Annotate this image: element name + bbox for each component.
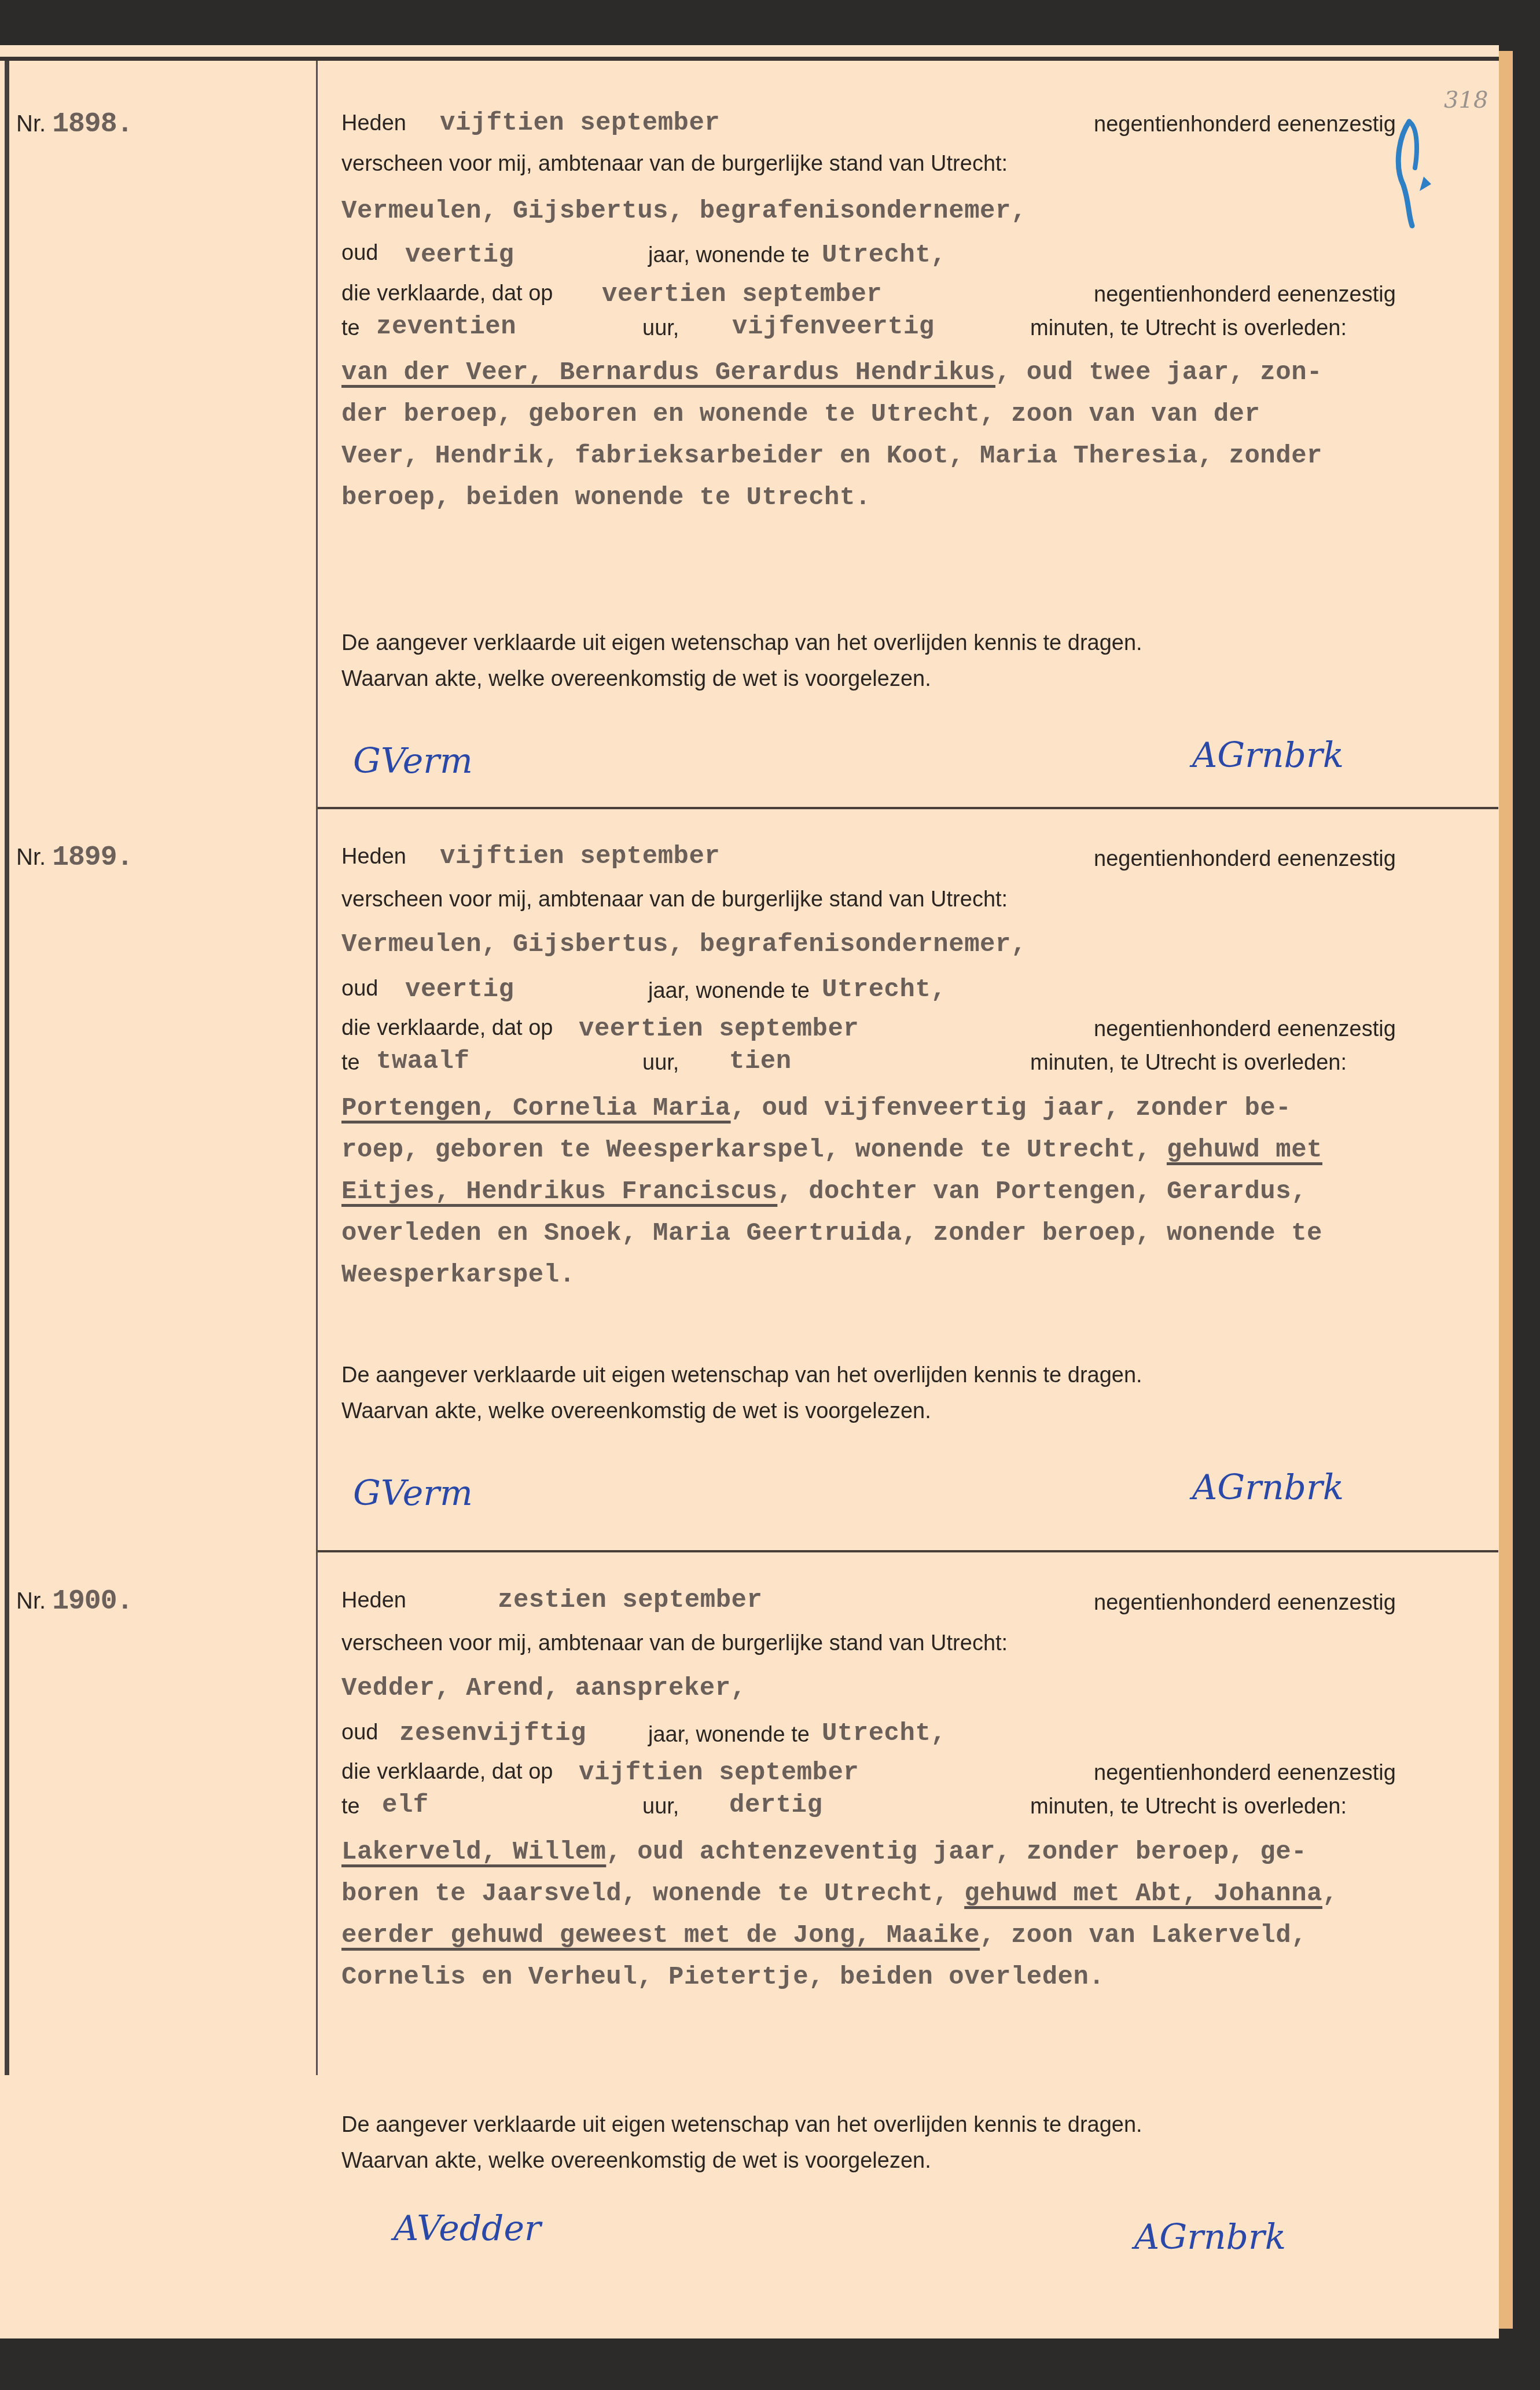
underlined-name: Portengen, Cornelia Maria: [341, 1094, 731, 1123]
declarant: Vermeulen, Gijsbertus, begrafenisonderne…: [341, 197, 1027, 226]
column-divider: [316, 61, 318, 2075]
death-year: negentienhonderd eenenzestig: [1094, 1761, 1396, 1786]
record-number: Nr. 1898.: [16, 109, 133, 140]
official-signature: AGrnbrk: [1192, 1467, 1344, 1508]
minutes-label: minuten, te Utrecht is overleden:: [1030, 316, 1347, 341]
declarant-signature: GVerm: [353, 1473, 473, 1514]
blue-crayon-mark-icon: [1392, 116, 1438, 232]
oud-label: oud: [341, 976, 378, 1001]
deceased-line: Eitjes, Hendrikus Franciscus, dochter va…: [341, 1171, 1476, 1213]
text-segment: , zoon van Lakerveld,: [980, 1921, 1307, 1950]
minutes-label: minuten, te Utrecht is overleden:: [1030, 1794, 1347, 1819]
death-date: veertien september: [602, 280, 882, 309]
pencil-page-note: 318: [1444, 87, 1488, 113]
text-segment: Veer, Hendrik, fabrieksarbeider en Koot,…: [341, 442, 1322, 471]
closing-reading: Waarvan akte, welke overeenkomstig de we…: [341, 667, 931, 692]
death-year: negentienhonderd eenenzestig: [1094, 282, 1396, 307]
text-segment: overleden en Snoek, Maria Geertruida, zo…: [341, 1219, 1322, 1248]
nr-value: 1900.: [52, 1586, 133, 1617]
record-divider: [318, 807, 1498, 809]
death-minutes: dertig: [729, 1791, 822, 1820]
jaar-wonende-label: jaar, wonende te: [648, 243, 810, 268]
text-segment: , oud achtenzeventig jaar, zonder beroep…: [606, 1838, 1307, 1867]
oud-label: oud: [341, 1720, 378, 1745]
death-hour: zeventien: [376, 313, 516, 342]
closing-reading: Waarvan akte, welke overeenkomstig de we…: [341, 2149, 931, 2174]
nr-value: 1899.: [52, 842, 133, 873]
death-date: veertien september: [579, 1015, 859, 1044]
registration-year: negentienhonderd eenenzestig: [1094, 112, 1396, 137]
registration-date: vijftien september: [440, 109, 720, 138]
heden-label: Heden: [341, 1588, 406, 1613]
closing-statement: De aangever verklaarde uit eigen wetensc…: [341, 2113, 1142, 2138]
text-segment: Weesperkarspel.: [341, 1261, 575, 1290]
underlined-name: Lakerveld, Willem: [341, 1838, 606, 1867]
minutes-label: minuten, te Utrecht is overleden:: [1030, 1051, 1347, 1075]
death-year: negentienhonderd eenenzestig: [1094, 1017, 1396, 1042]
text-segment: ,: [1322, 1879, 1338, 1908]
official-signature: AGrnbrk: [1134, 2217, 1286, 2257]
uur-label: uur,: [642, 316, 679, 341]
underlined-name: van der Veer, Bernardus Gerardus Hendrik…: [341, 358, 995, 387]
text-segment: beroep, beiden wonende te Utrecht.: [341, 483, 871, 512]
declarant-age: veertig: [405, 241, 514, 270]
deceased-line: der beroep, geboren en wonende te Utrech…: [341, 394, 1476, 435]
left-margin-rule: [5, 61, 9, 2075]
declared-label: die verklaarde, dat op: [341, 1016, 553, 1041]
text-segment: , oud twee jaar, zon-: [995, 358, 1322, 387]
record-number: Nr. 1900.: [16, 1586, 133, 1617]
text-segment: boren te Jaarsveld, wonende te Utrecht,: [341, 1879, 964, 1908]
death-date: vijftien september: [579, 1758, 859, 1787]
jaar-wonende-label: jaar, wonende te: [648, 1723, 810, 1747]
underlined-name: Eitjes, Hendrikus Franciscus: [341, 1177, 777, 1206]
deceased-line: boren te Jaarsveld, wonende te Utrecht, …: [341, 1873, 1476, 1915]
uur-label: uur,: [642, 1051, 679, 1075]
deceased-details: Portengen, Cornelia Maria, oud vijfenvee…: [341, 1088, 1476, 1296]
appeared-line: verscheen voor mij, ambtenaar van de bur…: [341, 1631, 1008, 1656]
registration-date: zestien september: [498, 1586, 762, 1615]
death-minutes: vijfenveertig: [732, 313, 935, 342]
underlined-name: gehuwd met: [1167, 1136, 1322, 1165]
declarant-residence: Utrecht,: [822, 975, 946, 1004]
jaar-wonende-label: jaar, wonende te: [648, 979, 810, 1004]
declarant-age: veertig: [405, 975, 514, 1004]
deceased-line: Lakerveld, Willem, oud achtenzeventig ja…: [341, 1831, 1476, 1873]
text-segment: roep, geboren te Weesperkarspel, wonende…: [341, 1136, 1167, 1165]
declarant-residence: Utrecht,: [822, 1719, 946, 1748]
declarant-signature: AVedder: [394, 2208, 541, 2249]
declared-label: die verklaarde, dat op: [341, 281, 553, 306]
declarant: Vedder, Arend, aanspreker,: [341, 1674, 747, 1703]
declarant-age: zesenvijftig: [399, 1719, 586, 1748]
heden-label: Heden: [341, 111, 406, 136]
deceased-line: Veer, Hendrik, fabrieksarbeider en Koot,…: [341, 435, 1476, 477]
text-segment: , oud vijfenveertig jaar, zonder be-: [731, 1094, 1292, 1123]
closing-statement: De aangever verklaarde uit eigen wetensc…: [341, 1363, 1142, 1388]
nr-label: Nr.: [16, 845, 46, 870]
oud-label: oud: [341, 241, 378, 266]
deceased-line: beroep, beiden wonende te Utrecht.: [341, 477, 1476, 519]
text-segment: , dochter van Portengen, Gerardus,: [777, 1177, 1307, 1206]
appeared-line: verscheen voor mij, ambtenaar van de bur…: [341, 887, 1008, 912]
deceased-line: eerder gehuwd geweest met de Jong, Maaik…: [341, 1915, 1476, 1956]
declared-label: die verklaarde, dat op: [341, 1760, 553, 1785]
heden-label: Heden: [341, 845, 406, 869]
registration-year: negentienhonderd eenenzestig: [1094, 847, 1396, 872]
death-minutes: tien: [729, 1047, 792, 1076]
closing-reading: Waarvan akte, welke overeenkomstig de we…: [341, 1399, 931, 1424]
nr-label: Nr.: [16, 1588, 46, 1614]
appeared-line: verscheen voor mij, ambtenaar van de bur…: [341, 152, 1008, 177]
deceased-line: Weesperkarspel.: [341, 1254, 1476, 1296]
te-label: te: [341, 1051, 360, 1075]
deceased-details: van der Veer, Bernardus Gerardus Hendrik…: [341, 352, 1476, 519]
underlined-name: gehuwd met Abt, Johanna: [964, 1879, 1322, 1908]
page-edge: [1499, 51, 1513, 2329]
deceased-line: Portengen, Cornelia Maria, oud vijfenvee…: [341, 1088, 1476, 1129]
uur-label: uur,: [642, 1794, 679, 1819]
deceased-line: Cornelis en Verheul, Pietertje, beiden o…: [341, 1956, 1476, 1998]
nr-label: Nr.: [16, 111, 46, 137]
nr-value: 1898.: [52, 109, 133, 140]
deceased-line: roep, geboren te Weesperkarspel, wonende…: [341, 1129, 1476, 1171]
record-number: Nr. 1899.: [16, 842, 133, 873]
underlined-name: eerder gehuwd geweest met de Jong, Maaik…: [341, 1921, 980, 1950]
top-rule: [0, 57, 1499, 61]
deceased-line: van der Veer, Bernardus Gerardus Hendrik…: [341, 352, 1476, 394]
official-signature: AGrnbrk: [1192, 735, 1344, 776]
closing-statement: De aangever verklaarde uit eigen wetensc…: [341, 631, 1142, 656]
te-label: te: [341, 1794, 360, 1819]
death-hour: twaalf: [376, 1047, 469, 1076]
deceased-details: Lakerveld, Willem, oud achtenzeventig ja…: [341, 1831, 1476, 1998]
registration-year: negentienhonderd eenenzestig: [1094, 1591, 1396, 1616]
text-segment: der beroep, geboren en wonende te Utrech…: [341, 400, 1260, 429]
declarant-signature: GVerm: [353, 741, 473, 781]
declarant-residence: Utrecht,: [822, 241, 946, 270]
declarant: Vermeulen, Gijsbertus, begrafenisonderne…: [341, 930, 1027, 959]
te-label: te: [341, 316, 360, 341]
death-hour: elf: [382, 1791, 429, 1820]
registration-date: vijftien september: [440, 842, 720, 871]
record-divider: [318, 1550, 1498, 1552]
deceased-line: overleden en Snoek, Maria Geertruida, zo…: [341, 1213, 1476, 1254]
text-segment: Cornelis en Verheul, Pietertje, beiden o…: [341, 1963, 1104, 1992]
